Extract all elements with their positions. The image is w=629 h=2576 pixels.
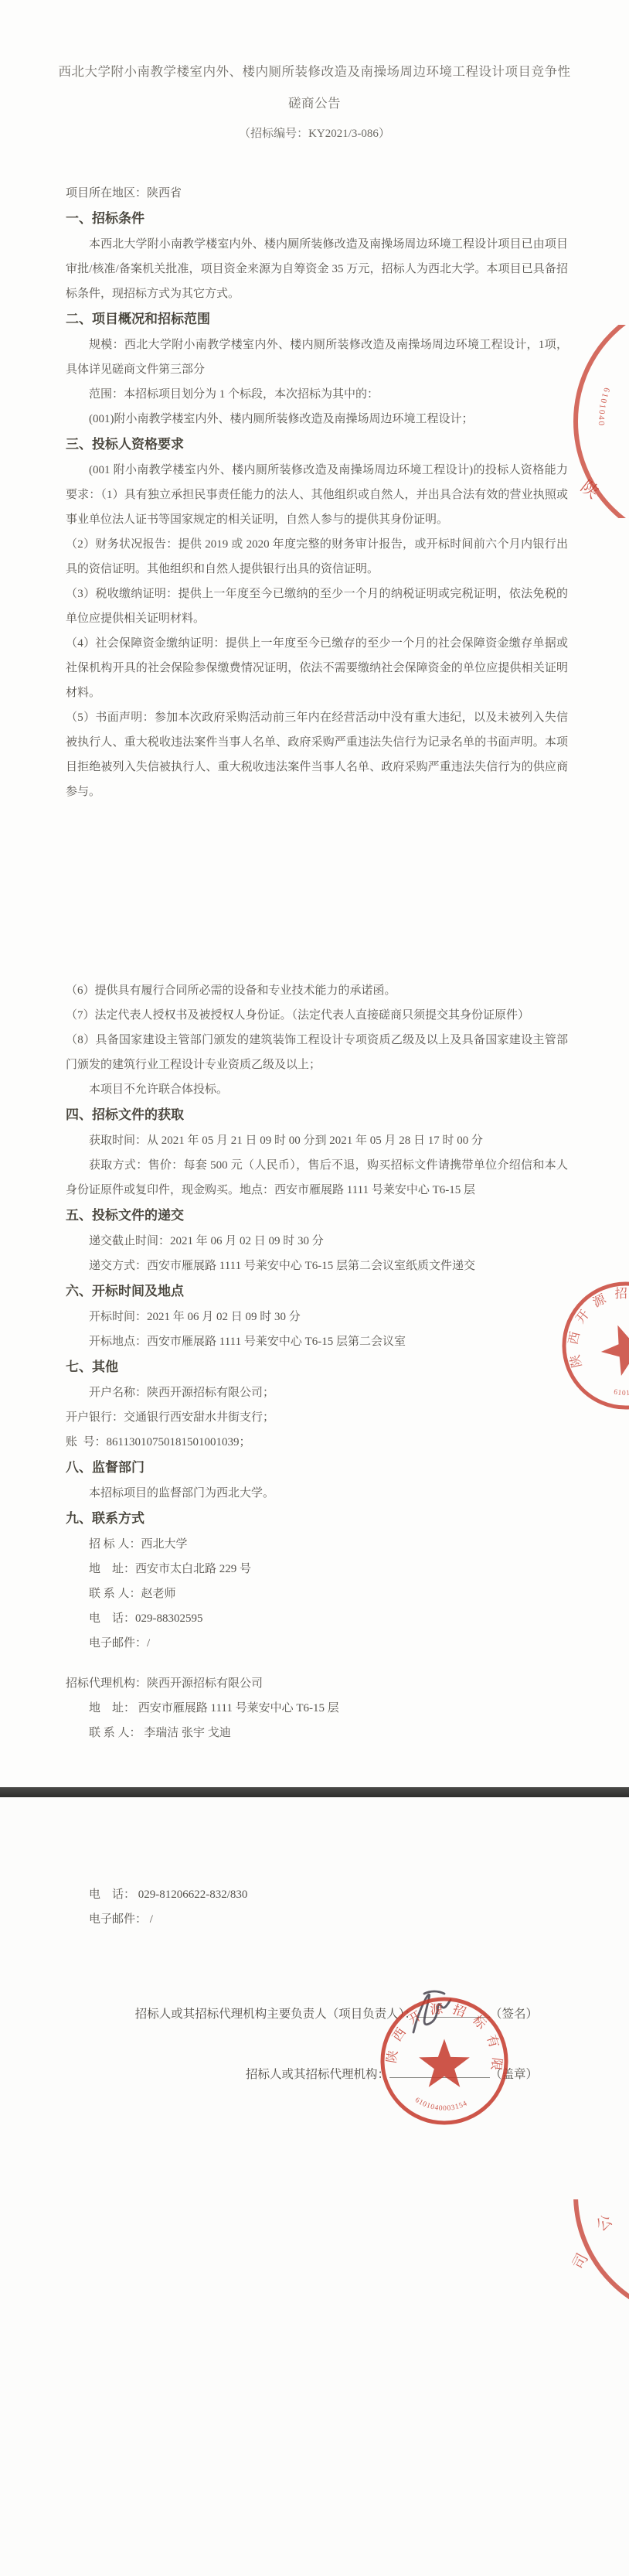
paragraph: 电子邮件： /	[66, 1907, 568, 1932]
section-heading: 一、招标条件	[66, 206, 568, 232]
paragraph: 电子邮件：/	[66, 1631, 568, 1656]
paragraph: 本西北大学附小南教学楼室内外、楼内厕所装修改造及南操场周边环境工程设计项目已由项…	[66, 232, 568, 306]
section-heading: 八、监督部门	[66, 1455, 568, 1481]
paragraph: 开标地点：西安市雁展路 1111 号莱安中心 T6-15 层第二会议室	[66, 1329, 568, 1354]
section-heading: 六、开标时间及地点	[66, 1278, 568, 1305]
section-heading: 七、其他	[66, 1354, 568, 1380]
paragraph: 电 话： 029-81206622-832/830	[66, 1882, 568, 1907]
page-1: 西北大学附小南教学楼室内外、楼内厕所装修改造及南操场周边环境工程设计项目竞争性磋…	[0, 0, 629, 1787]
page1-content: 项目所在地区：陕西省一、招标条件本西北大学附小南教学楼室内外、楼内厕所装修改造及…	[0, 148, 629, 1745]
paragraph: （3）税收缴纳证明：提供上一年度至今已缴纳的至少一个月的纳税证明或完税证明，依法…	[66, 582, 568, 631]
svg-text:6101040003154: 6101040003154	[413, 2097, 469, 2113]
paragraph: 本项目不允许联合体投标。	[66, 1077, 568, 1102]
tender-number: （招标编号：KY2021/3-086）	[0, 119, 629, 148]
paragraph: 联 系 人：赵老师	[66, 1581, 568, 1606]
stamp-label: 招标人或其招标代理机构：	[246, 2068, 389, 2081]
paragraph: 递交方式：西安市雁展路 1111 号莱安中心 T6-15 层第二会议室纸质文件递…	[66, 1254, 568, 1278]
paragraph: 项目所在地区：陕西省	[66, 181, 568, 206]
spacer	[66, 1656, 568, 1671]
signature-underline	[416, 2006, 490, 2018]
official-seal-partial-bottom-icon: 公 司	[572, 2199, 629, 2305]
spacer	[66, 804, 568, 978]
paragraph: 获取时间：从 2021 年 05 月 21 日 09 时 00 分到 2021 …	[66, 1128, 568, 1153]
page-divider	[0, 1787, 629, 1797]
paragraph: （7）法定代表人授权书及被授权人身份证。（法定代表人直接磋商只须提交其身份证原件…	[66, 1003, 568, 1028]
stamp-underline	[389, 2066, 490, 2078]
paragraph: 范围：本招标项目划分为 1 个标段，本次招标为其中的：	[66, 382, 568, 407]
paragraph: 获取方式：售价：每套 500 元（人民币），售后不退，购买招标文件请携带单位介绍…	[66, 1153, 568, 1203]
paragraph: 开标时间：2021 年 06 月 02 日 09 时 30 分	[66, 1305, 568, 1329]
paragraph: （8）具备国家建设主管部门颁发的建筑装饰工程设计专项资质乙级及以上及具备国家建设…	[66, 1028, 568, 1077]
document-title: 西北大学附小南教学楼室内外、楼内厕所装修改造及南操场周边环境工程设计项目竞争性磋…	[56, 56, 573, 119]
paragraph: 招标代理机构：陕西开源招标有限公司	[66, 1671, 568, 1696]
page2-content: 电 话： 029-81206622-832/830电子邮件： /	[0, 1797, 629, 1932]
paragraph: 地 址： 西安市雁展路 1111 号莱安中心 T6-15 层	[66, 1696, 568, 1721]
paragraph: (001 附小南教学楼室内外、楼内厕所装修改造及南操场周边环境工程设计)的投标人…	[66, 458, 568, 532]
paragraph: 联 系 人： 李瑞洁 张宇 戈迪	[66, 1721, 568, 1745]
paragraph: （2）财务状况报告：提供 2019 或 2020 年度完整的财务审计报告，或开标…	[66, 532, 568, 582]
paragraph: 电 话：029-88302595	[66, 1606, 568, 1631]
signature-line-agency: 招标人或其招标代理机构：（盖章）	[0, 2062, 629, 2088]
seal-character: 公	[593, 2212, 616, 2235]
section-heading: 二、项目概况和招标范围	[66, 306, 568, 333]
document-scan: 西北大学附小南教学楼室内外、楼内厕所装修改造及南操场周边环境工程设计项目竞争性磋…	[0, 0, 629, 2576]
section-heading: 四、招标文件的获取	[66, 1102, 568, 1128]
paragraph: 账 号：86113010750181501001039；	[66, 1430, 568, 1455]
paragraph: 开户银行：交通银行西安甜水井街支行；	[66, 1405, 568, 1430]
signature-suffix: （签名）	[490, 2008, 538, 2021]
paragraph: (001)附小南教学楼室内外、楼内厕所装修改造及南操场周边环境工程设计；	[66, 407, 568, 432]
paragraph: 规模：西北大学附小南教学楼室内外、楼内厕所装修改造及南操场周边环境工程设计，1项…	[66, 333, 568, 382]
paragraph: 本招标项目的监督部门为西北大学。	[66, 1481, 568, 1506]
seal-character: 司	[572, 2250, 592, 2272]
signature-label: 招标人或其招标代理机构主要负责人（项目负责人）：	[135, 2008, 416, 2021]
stamp-suffix: （盖章）	[490, 2068, 538, 2081]
section-heading: 五、投标文件的递交	[66, 1203, 568, 1229]
paragraph: 招 标 人：西北大学	[66, 1532, 568, 1557]
paragraph: 地 址：西安市太白北路 229 号	[66, 1557, 568, 1581]
section-heading: 九、联系方式	[66, 1506, 568, 1532]
paragraph: （5）书面声明：参加本次政府采购活动前三年内在经营活动中没有重大违纪，以及未被列…	[66, 705, 568, 804]
paragraph: 递交截止时间：2021 年 06 月 02 日 09 时 30 分	[66, 1229, 568, 1254]
section-heading: 三、投标人资格要求	[66, 432, 568, 458]
page-2: 电 话： 029-81206622-832/830电子邮件： / 招标人或其招标…	[0, 1797, 629, 2576]
paragraph: （4）社会保障资金缴纳证明：提供上一年度至今已缴存的至少一个月的社会保障资金缴存…	[66, 631, 568, 705]
signature-line-principal: 招标人或其招标代理机构主要负责人（项目负责人）：（签名）	[0, 2001, 629, 2028]
paragraph: （6）提供具有履行合同所必需的设备和专业技术能力的承诺函。	[66, 978, 568, 1003]
paragraph: 开户名称：陕西开源招标有限公司；	[66, 1380, 568, 1405]
